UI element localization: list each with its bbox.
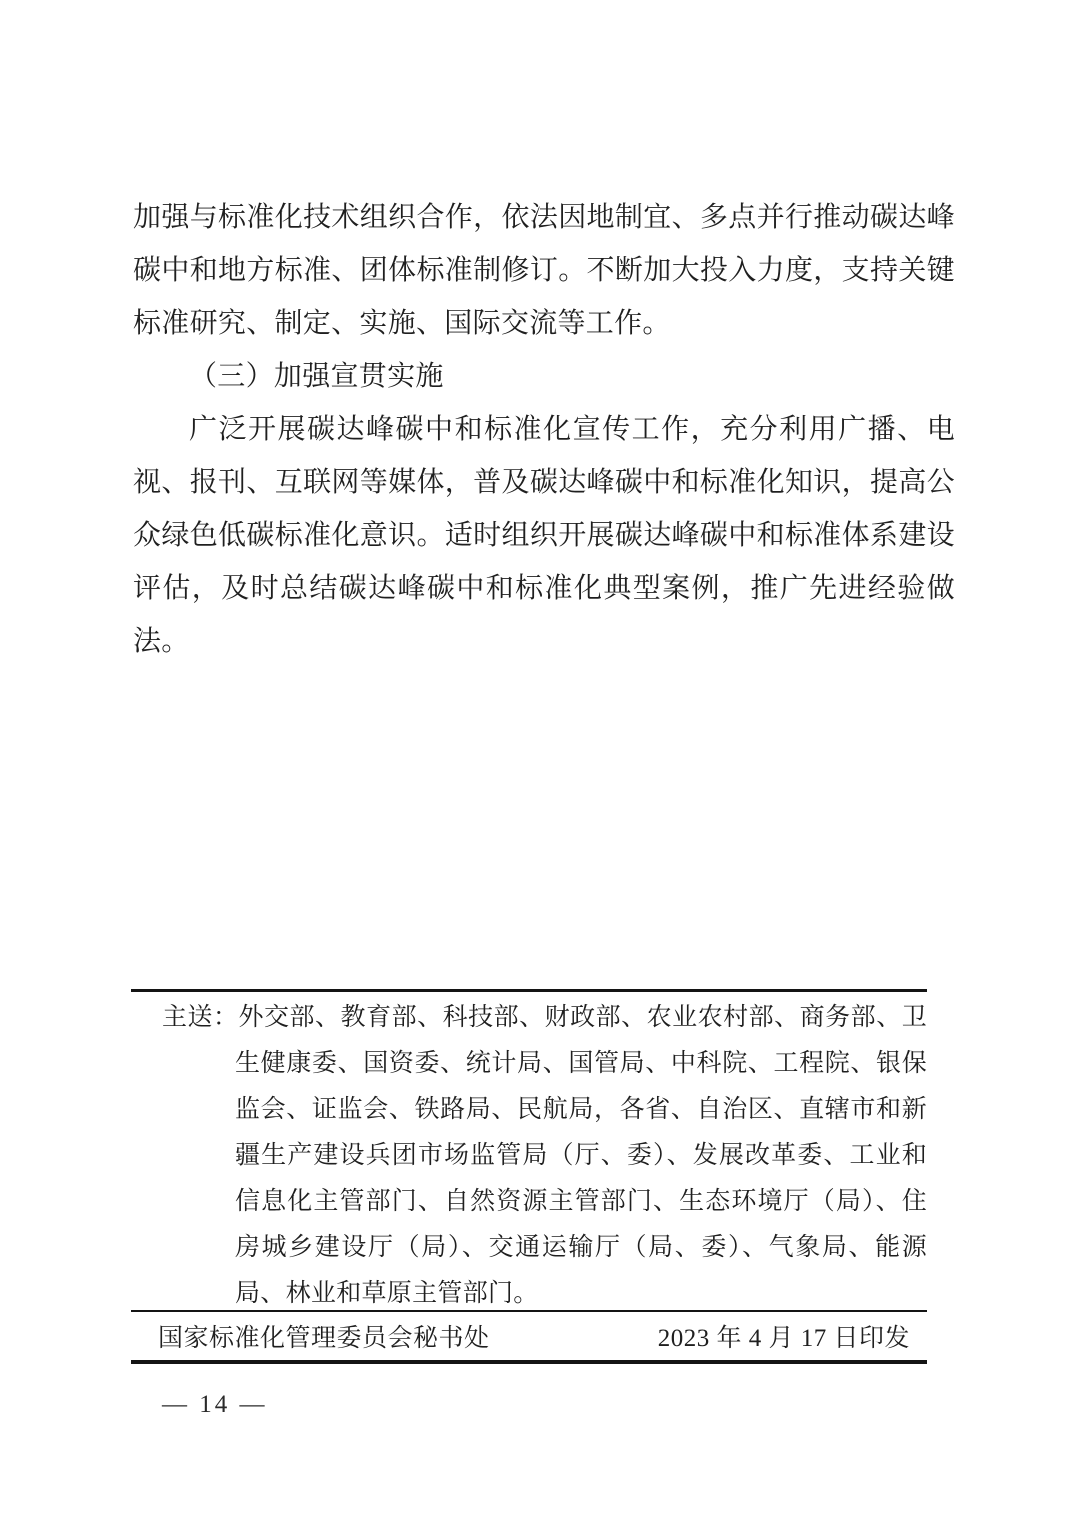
issuer-top-rule (131, 1310, 927, 1312)
recipients-top-rule (131, 989, 927, 992)
paragraph-body: 广泛开展碳达峰碳中和标准化宣传工作，充分利用广播、电视、报刊、互联网等媒体，普及… (133, 403, 955, 668)
issuer-name: 国家标准化管理委员会秘书处 (158, 1322, 490, 1356)
recipients-list: 外交部、教育部、科技部、财政部、农业农村部、商务部、卫生健康委、国资委、统计局、… (235, 1004, 927, 1307)
issuer-bottom-rule (131, 1360, 927, 1364)
issuer-row: 国家标准化管理委员会秘书处 2023 年 4 月 17 日印发 (158, 1322, 910, 1356)
body-text-block: 加强与标准化技术组织合作，依法因地制宜、多点并行推动碳达峰碳中和地方标准、团体标… (133, 191, 955, 668)
document-page: 加强与标准化技术组织合作，依法因地制宜、多点并行推动碳达峰碳中和地方标准、团体标… (0, 0, 1080, 1527)
paragraph-continuation: 加强与标准化技术组织合作，依法因地制宜、多点并行推动碳达峰碳中和地方标准、团体标… (133, 191, 955, 350)
issue-date: 2023 年 4 月 17 日印发 (658, 1322, 910, 1356)
recipients-label: 主送： (162, 1004, 239, 1031)
section-heading: （三）加强宣贯实施 (133, 350, 955, 403)
page-number: — 14 — (162, 1390, 268, 1420)
recipients-block: 主送：外交部、教育部、科技部、财政部、农业农村部、商务部、卫生健康委、国资委、统… (133, 995, 927, 1317)
